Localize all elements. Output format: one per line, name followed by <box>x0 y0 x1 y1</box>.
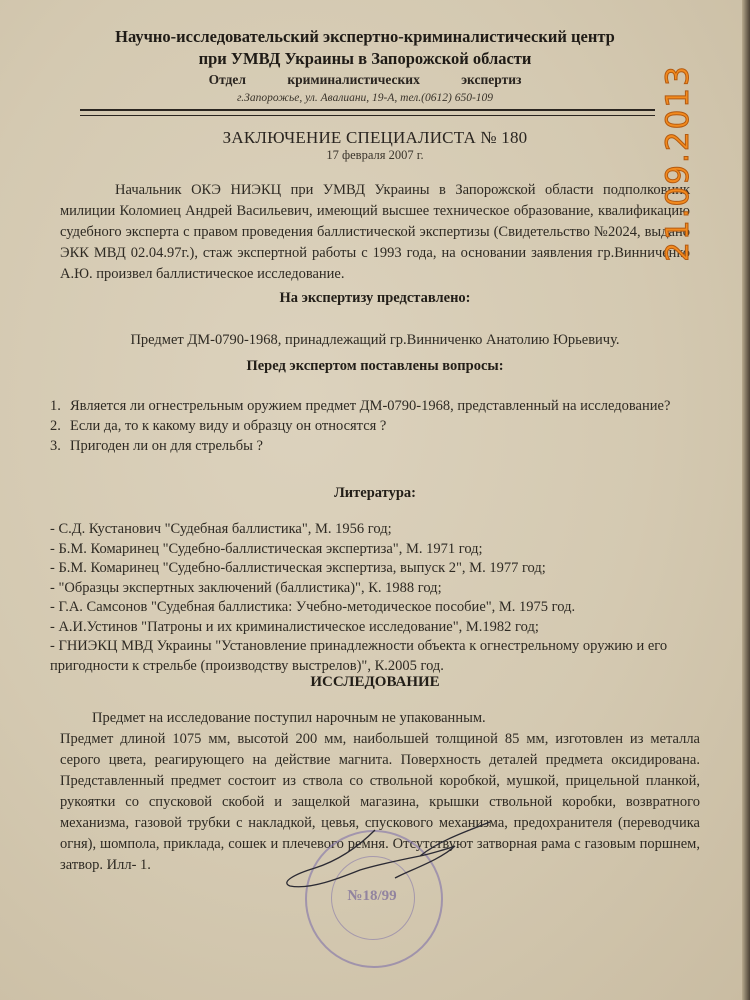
question-text: Пригоден ли он для стрельбы ? <box>70 436 690 456</box>
research-heading: ИССЛЕДОВАНИЕ <box>0 674 750 691</box>
literature-item: - Г.А. Самсонов "Судебная баллистика: Уч… <box>50 598 710 618</box>
literature-list: - С.Д. Кустанович "Судебная баллистика",… <box>50 520 710 676</box>
question-item: 3. Пригоден ли он для стрельбы ? <box>50 436 690 456</box>
question-number: 1. <box>50 396 70 416</box>
question-number: 2. <box>50 416 70 436</box>
question-item: 2. Если да, то к какому виду и образцу о… <box>50 416 690 436</box>
department-name: Отдел криминалистических экспертиз <box>60 70 670 90</box>
questions-heading: Перед экспертом поставлены вопросы: <box>0 358 750 375</box>
submitted-text: Предмет ДМ-0790-1968, принадлежащий гр.В… <box>0 332 750 349</box>
questions-list: 1. Является ли огнестрельным оружием пре… <box>50 396 690 456</box>
intro-paragraph: Начальник ОКЭ НИЭКЦ при УМВД Украины в З… <box>60 180 690 285</box>
literature-item: - "Образцы экспертных заключений (баллис… <box>50 579 710 599</box>
literature-heading: Литература: <box>0 485 750 502</box>
document-photo: Научно-исследовательский экспертно-крими… <box>0 0 750 1000</box>
submitted-heading: На экспертизу представлено: <box>0 290 750 307</box>
question-number: 3. <box>50 436 70 456</box>
document-title: ЗАКЛЮЧЕНИЕ СПЕЦИАЛИСТА № 180 <box>0 128 750 148</box>
letterhead: Научно-исследовательский экспертно-крими… <box>60 26 670 106</box>
literature-item: - ГНИЭКЦ МВД Украины "Установление прина… <box>50 637 710 676</box>
literature-item: - Б.М. Комаринец "Судебно-баллистическая… <box>50 559 710 579</box>
photo-date-text: 21.09.2013 <box>660 64 696 262</box>
question-text: Если да, то к какому виду и образцу он о… <box>70 416 690 436</box>
question-item: 1. Является ли огнестрельным оружием пре… <box>50 396 690 416</box>
literature-item: - А.И.Устинов "Патроны и их криминалисти… <box>50 618 710 638</box>
org-name-line2: при УМВД Украины в Запорожской области <box>60 48 670 70</box>
signature-icon <box>280 820 520 900</box>
photo-date-overlay: 21.09.2013 <box>648 48 708 278</box>
research-paragraph-1: Предмет на исследование поступил нарочны… <box>60 708 700 729</box>
address-line: г.Запорожье, ул. Авалиани, 19-А, тел.(06… <box>60 90 670 106</box>
org-name-line1: Научно-исследовательский экспертно-крими… <box>60 26 670 48</box>
literature-item: - Б.М. Комаринец "Судебно-баллистическая… <box>50 540 710 560</box>
letterhead-divider <box>80 109 655 116</box>
document-date: 17 февраля 2007 г. <box>0 148 750 163</box>
page-edge-shadow <box>742 0 750 1000</box>
question-text: Является ли огнестрельным оружием предме… <box>70 396 690 416</box>
literature-item: - С.Д. Кустанович "Судебная баллистика",… <box>50 520 710 540</box>
